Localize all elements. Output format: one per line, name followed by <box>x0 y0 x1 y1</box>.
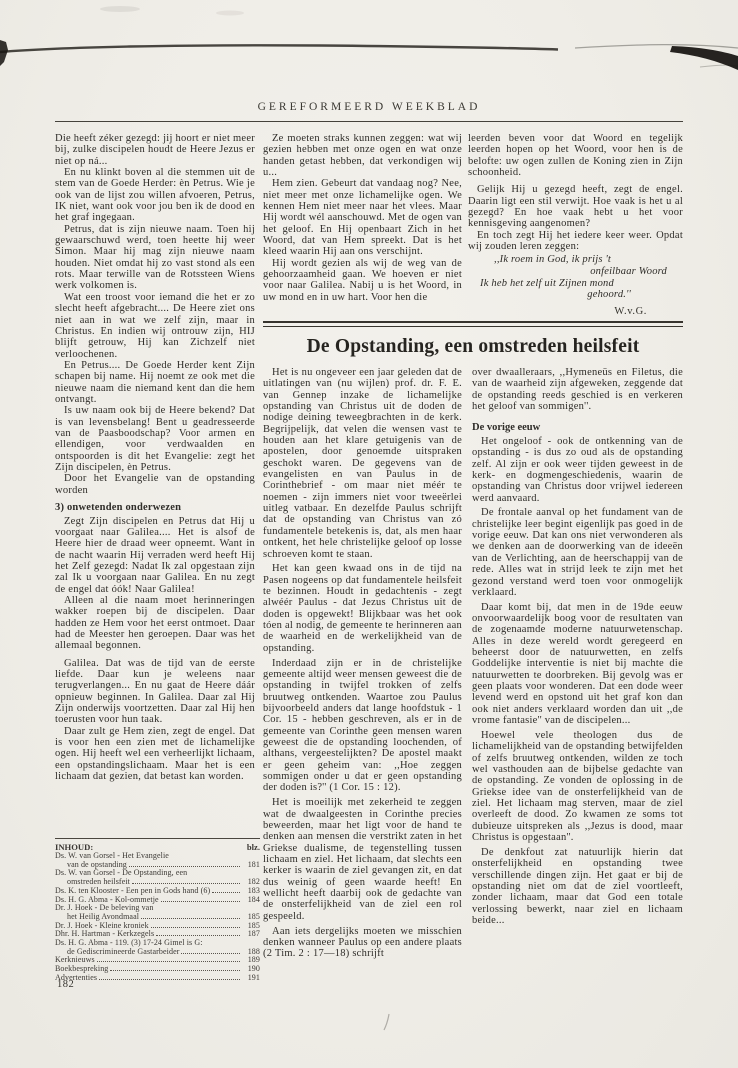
toc-dot-leader <box>141 918 240 919</box>
paragraph: De denkfout zat natuurlijk hierin dat on… <box>472 847 683 926</box>
paragraph: En toch zegt Hij het iedere keer weer. O… <box>468 230 683 253</box>
paragraph: leerden beven voor dat Woord en tegelijk… <box>468 133 683 178</box>
paragraph: En Petrus.... De Goede Herder kent Zijn … <box>55 360 255 405</box>
toc-item: Ds. H. G. Abma - 119. (3) 17-24 Gimel is… <box>55 939 260 956</box>
paragraph: Hem zien. Gebeurt dat vandaag nog? Nee, … <box>263 178 462 257</box>
magazine-page: GEREFORMEERD WEEKBLAD Die heeft zéker ge… <box>0 0 738 1068</box>
poem-line: Ik heb het zelf uit Zijnen mond <box>468 278 683 290</box>
paragraph: Daar zult ge Hem zien, zegt de engel. Da… <box>55 726 255 783</box>
paragraph: Het kan geen kwaad ons in de tijd na Pas… <box>263 563 462 654</box>
poem-quote: ,,Ik roem in God, ik prijs 't onfeilbaar… <box>468 254 683 300</box>
article1-col1-block2: Zegt Zijn discipelen en Petrus dat Hij u… <box>55 516 255 652</box>
toc-item: Advertenties191 <box>55 974 260 983</box>
paragraph: Het is moeilijk met zekerheid te zeggen … <box>263 797 462 922</box>
article2-right-block2: Het ongeloof - ook de ontkenning van de … <box>472 436 683 926</box>
article2-left-column: Het is nu ongeveer een jaar geleden dat … <box>263 367 462 960</box>
paragraph: Daar komt bij, dat men in de 19de eeuw o… <box>472 602 683 727</box>
toc-dot-leader <box>129 866 240 867</box>
masthead-rule <box>55 121 683 122</box>
poem-line: ,,Ik roem in God, ik prijs 't <box>468 254 683 266</box>
toc-dot-leader <box>151 927 240 928</box>
column-right-top: leerden beven voor dat Woord en tegelijk… <box>468 133 683 317</box>
toc-page-number: 184 <box>242 896 260 905</box>
paragraph: Is uw naam ook bij de Heere bekend? Dat … <box>55 405 255 473</box>
paragraph: Hoewel vele theologen dus de lichamelijk… <box>472 730 683 843</box>
column-middle-top: Ze moeten straks kunnen zeggen: wat wij … <box>263 133 462 303</box>
article2-right-column: over dwaalleraars, ,,Hymeneüs en Filetus… <box>472 367 683 960</box>
toc-page-label: blz. <box>247 842 260 852</box>
paragraph: Het is nu ongeveer een jaar geleden dat … <box>263 367 462 560</box>
toc-dot-leader <box>161 901 240 902</box>
author-initials: W.v.G. <box>468 306 683 317</box>
paragraph: Wat een troost voor iemand die het er zo… <box>55 292 255 360</box>
toc-dot-leader <box>99 979 240 980</box>
toc-dot-leader <box>97 961 240 962</box>
paragraph: Galilea. Dat was de tijd van de eerste l… <box>55 658 255 726</box>
toc-page-number: 191 <box>242 974 260 983</box>
toc-row: Advertenties191 <box>55 974 260 983</box>
toc-dot-leader <box>110 970 240 971</box>
article-resurrection: De Opstanding, een omstreden heilsfeit H… <box>263 321 683 960</box>
article-title: De Opstanding, een omstreden heilsfeit <box>263 336 683 358</box>
masthead-title: GEREFORMEERD WEEKBLAD <box>55 100 683 114</box>
toc-entry-title: Advertenties <box>55 974 97 983</box>
paragraph: Het ongeloof - ook de ontkenning van de … <box>472 436 683 504</box>
section-divider-rule <box>263 321 683 327</box>
paragraph: De frontale aanval op het fundament van … <box>472 507 683 598</box>
toc-list: Ds. W. van Gorsel - Het Evangelievan de … <box>55 852 260 983</box>
paragraph: Petrus, dat is zijn nieuwe naam. Toen hi… <box>55 224 255 292</box>
toc-page-number: 181 <box>242 861 260 870</box>
paragraph: Aan iets dergelijks moeten we misschien … <box>263 926 462 960</box>
toc-dot-leader <box>132 883 240 884</box>
toc-dot-leader <box>181 953 240 954</box>
poem-line: gehoord.'' <box>468 289 683 301</box>
toc-dot-leader <box>212 892 240 893</box>
toc-rule <box>55 838 260 839</box>
paragraph: over dwaalleraars, ,,Hymeneüs en Filetus… <box>472 367 683 412</box>
paragraph: Alleen al die naam moet herinneringen wa… <box>55 595 255 652</box>
toc-dot-leader <box>156 935 240 936</box>
paragraph: Door het Evangelie van de opstanding wor… <box>55 473 255 496</box>
toc-item: Dr. J. Hoek - De beleving vanhet Heilig … <box>55 904 260 921</box>
column-left: Die heeft zéker gezegd: jij hoort er nie… <box>55 133 255 782</box>
paragraph: Gelijk Hij u gezegd heeft, zegt de engel… <box>468 184 683 229</box>
paragraph: Die heeft zéker gezegd: jij hoort er nie… <box>55 133 255 167</box>
article1-col1-block3: Galilea. Dat was de tijd van de eerste l… <box>55 658 255 783</box>
toc-item: Ds. W. van Gorsel - Het Evangelievan de … <box>55 852 260 869</box>
poem-line: onfeilbaar Woord <box>468 266 683 278</box>
article1-col3-block1: leerden beven voor dat Woord en tegelijk… <box>468 133 683 178</box>
article1-col2-block: Ze moeten straks kunnen zeggen: wat wij … <box>263 133 462 303</box>
paragraph: Inderdaad zijn er in de christelijke gem… <box>263 658 462 794</box>
toc-page-number: 187 <box>242 930 260 939</box>
article2-right-block1: over dwaalleraars, ,,Hymeneüs en Filetus… <box>472 367 683 412</box>
article1-col3-block2: Gelijk Hij u gezegd heeft, zegt de engel… <box>468 184 683 252</box>
paragraph: Zegt Zijn discipelen en Petrus dat Hij u… <box>55 516 255 595</box>
table-of-contents: INHOUD: blz. Ds. W. van Gorsel - Het Eva… <box>55 838 260 983</box>
paragraph: En nu klinkt boven al die stemmen uit de… <box>55 167 255 224</box>
article1-col1-block1: Die heeft zéker gezegd: jij hoort er nie… <box>55 133 255 496</box>
article-columns: Het is nu ongeveer een jaar geleden dat … <box>263 367 683 960</box>
paragraph: Hij wordt gezien als wij de weg van de g… <box>263 258 462 303</box>
section-heading: De vorige eeuw <box>472 422 683 434</box>
paragraph: Ze moeten straks kunnen zeggen: wat wij … <box>263 133 462 178</box>
toc-item: Ds. W. van Gorsel - De Opstanding, eenom… <box>55 869 260 886</box>
article1-section-heading: 3) onwetenden onderwezen <box>55 502 255 514</box>
